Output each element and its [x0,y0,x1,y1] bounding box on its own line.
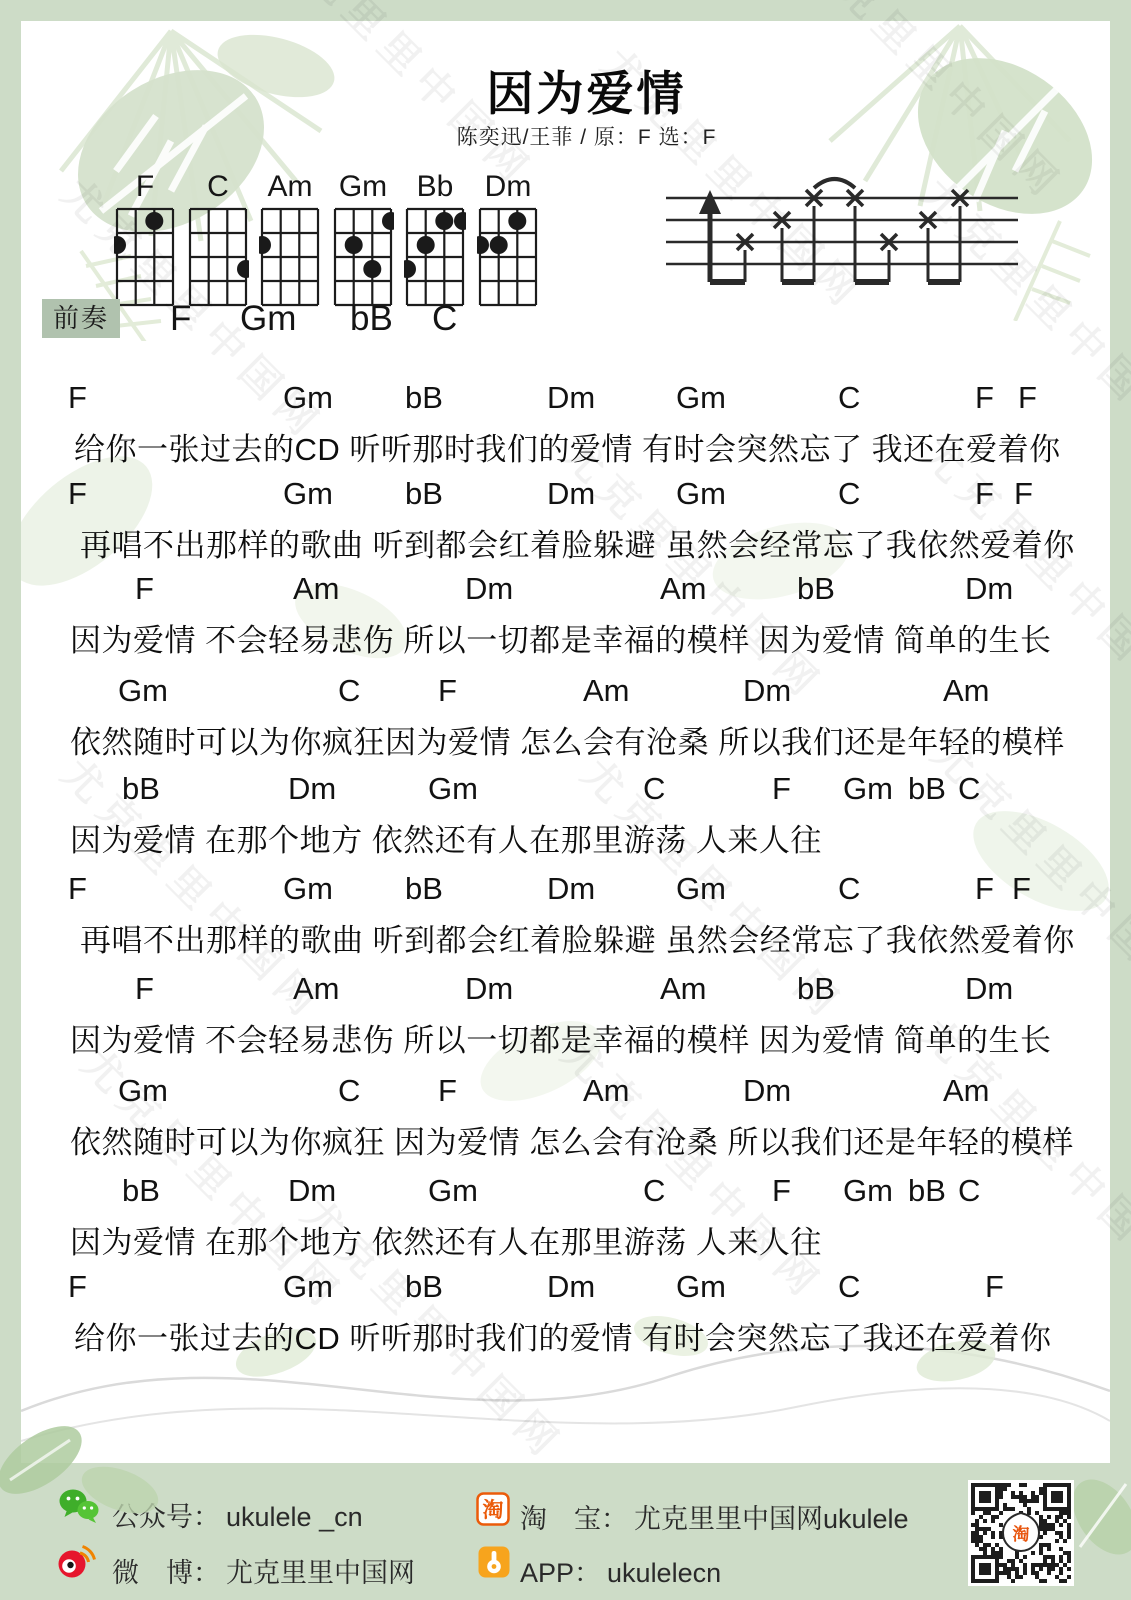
lyric-line: 依然随时可以为你疯狂因为爱情 怎么会有沧桑 所以我们还是年轻的模样 [70,717,1065,762]
chord: F [772,1173,791,1209]
chord: Gm [283,871,333,907]
chord: Gm [843,1173,893,1209]
chord: Gm [283,1269,333,1305]
chord-diagram-grid [332,207,394,309]
chord: Gm [676,476,726,512]
taobao-icon: 淘 [476,1492,510,1526]
taobao-label: 淘 宝： [520,1504,628,1534]
chord: F [1014,476,1033,512]
chord: F [68,1269,87,1305]
app-icon [478,1546,510,1578]
qr-code: 淘 [968,1480,1074,1586]
chord: Gm [283,476,333,512]
chord: Am [660,571,707,607]
chord: C [838,1269,860,1305]
chord: Dm [547,871,595,907]
chord: Am [660,971,707,1007]
chord: bB [405,1269,443,1305]
chord-diagram-label: Gm [332,169,394,205]
chord-diagram-grid [477,207,539,309]
chord-diagram-label: Am [259,169,321,205]
lyric-line: 给你一张过去的CD 听听那时我们的爱情 有时会突然忘了我还在爱着你 [74,1313,1052,1358]
chord: F [1012,871,1031,907]
chord: Am [293,971,340,1007]
chord: bB [405,380,443,416]
wechat-value: ukulele _cn [226,1502,363,1532]
chord: F [438,673,457,709]
svg-text:淘: 淘 [1013,1524,1030,1544]
intro-chord-bB: bB [350,299,393,339]
taobao-value: 尤克里里中国网ukulele [634,1504,909,1534]
qr-code-image: 淘 [968,1480,1074,1586]
chord: Gm [676,380,726,416]
chord: Dm [288,1173,336,1209]
weibo-account: 微 博：尤克里里中国网 [112,1551,415,1590]
weibo-value: 尤克里里中国网 [226,1558,415,1588]
lyric-line: 因为爱情 在那个地方 依然还有人在那里游荡 人来人往 [70,815,822,860]
chord: Gm [283,380,333,416]
chord: Dm [465,571,513,607]
chord: Am [293,571,340,607]
weibo-label: 微 博： [112,1558,220,1588]
chord: Gm [428,1173,478,1209]
intro-chord-F: F [170,299,191,339]
chord-diagram-Am: Am [259,169,321,314]
chord: Gm [428,771,478,807]
chord-diagram-grid [404,207,466,309]
chord: F [985,1269,1004,1305]
chord: C [338,673,360,709]
chord: Dm [965,971,1013,1007]
weibo-icon [56,1542,96,1580]
chord-diagram-grid [259,207,321,309]
chord: bB [122,1173,160,1209]
intro-chord-Gm: Gm [240,299,296,339]
chord: Dm [547,380,595,416]
chord: bB [405,476,443,512]
chord: Dm [465,971,513,1007]
wechat-icon [58,1488,100,1526]
lyric-line: 因为爱情 不会轻易悲伤 所以一切都是幸福的模样 因为爱情 简单的生长 [70,615,1051,660]
chord: Am [943,673,990,709]
lyric-line: 再唱不出那样的歌曲 听到都会红着脸躲避 虽然会经常忘了我依然爱着你 [80,915,1075,960]
chord: Gm [843,771,893,807]
chord: Dm [743,1073,791,1109]
chord: C [838,476,860,512]
lyric-line: 依然随时可以为你疯狂 因为爱情 怎么会有沧桑 所以我们还是年轻的模样 [70,1117,1074,1162]
chord: Am [943,1073,990,1109]
chord: F [772,771,791,807]
chord: Gm [676,871,726,907]
chord: Am [583,673,630,709]
chord: C [958,771,980,807]
chord: F [438,1073,457,1109]
lyric-line: 给你一张过去的CD 听听那时我们的爱情 有时会突然忘了 我还在爱着你 [74,424,1061,469]
app-label: APP： [520,1558,601,1588]
chord: C [838,380,860,416]
chord: Gm [676,1269,726,1305]
chord: F [1018,380,1037,416]
chord: C [643,771,665,807]
chord: F [68,380,87,416]
chord: F [975,476,994,512]
chord: Dm [743,673,791,709]
chord: bB [405,871,443,907]
app-account: APP：ukulelecn [520,1551,721,1590]
chord-diagram-Gm: Gm [332,169,394,314]
chord: F [975,871,994,907]
chord: F [135,571,154,607]
chord: C [838,871,860,907]
svg-text:淘: 淘 [483,1498,504,1522]
lyric-line: 因为爱情 不会轻易悲伤 所以一切都是幸福的模样 因为爱情 简单的生长 [70,1015,1051,1060]
chord: bB [122,771,160,807]
chord: Dm [547,1269,595,1305]
chord: Dm [965,571,1013,607]
chord: Gm [118,1073,168,1109]
chord: Dm [547,476,595,512]
chord-diagram-label: Bb [404,169,466,205]
chord: C [338,1073,360,1109]
app-value: ukulelecn [607,1558,721,1588]
lyric-line: 再唱不出那样的歌曲 听到都会红着脸躲避 虽然会经常忘了我依然爱着你 [80,520,1075,565]
chord: C [643,1173,665,1209]
lyric-line: 因为爱情 在那个地方 依然还有人在那里游荡 人来人往 [70,1217,822,1262]
intro-badge: 前奏 [42,299,120,338]
chord: Dm [288,771,336,807]
chord: bB [908,1173,946,1209]
wechat-account: 公众号：ukulele _cn [112,1495,363,1534]
chord: bB [908,771,946,807]
wechat-label: 公众号： [112,1502,220,1532]
chord-diagram-label: C [187,169,249,205]
chord: C [958,1173,980,1209]
chord: bB [797,571,835,607]
chord: bB [797,971,835,1007]
taobao-account: 淘 宝：尤克里里中国网ukulele [520,1497,909,1536]
chord: F [135,971,154,1007]
chord: Am [583,1073,630,1109]
chord-diagram-Bb: Bb [404,169,466,314]
chord: F [975,380,994,416]
chord: F [68,871,87,907]
chord: F [68,476,87,512]
intro-chord-C: C [432,299,457,339]
chord-sheet-page: { "page": { "watermark_text": "尤克里里中国网" … [0,0,1131,1600]
chord: Gm [118,673,168,709]
